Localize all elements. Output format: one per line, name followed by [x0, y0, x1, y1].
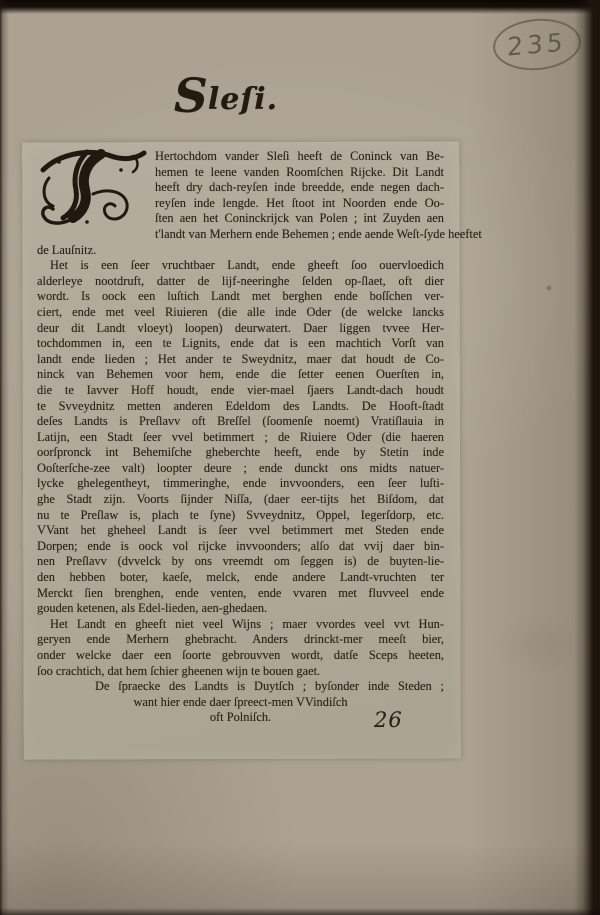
text-line: VVant het gheheel Landt is ſeer vvel bet…: [37, 523, 444, 539]
chapter-title-initial: S: [174, 69, 208, 124]
page-edge-left: [0, 0, 10, 915]
text-line: oorſpronck int Behemiſche gheberchte hee…: [37, 445, 444, 461]
text-line: ciert, ende met veel Riuieren (die alle …: [37, 305, 444, 321]
paragraph-3: Het Landt en gheeft niet veel Wijns ; ma…: [37, 617, 444, 679]
chapter-title-rest: leſi.: [208, 82, 278, 117]
text-line: Latijn, een Stadt ſeer vvel betimmert ; …: [37, 430, 444, 446]
text-line: nu te Preſlaw is, plach te ſyne) Svveydn…: [37, 508, 444, 524]
text-line: wordt. Is oock een luſtich Landt met ber…: [37, 289, 444, 305]
text-line: ghe Stadt zijn. Voorts ſijnder Niſſa, (d…: [37, 492, 444, 508]
dropcap-initial: T: [37, 149, 147, 228]
text-line: ninck van Behemen voor hem, ende die ſet…: [37, 367, 444, 383]
text-line: ſoo crachtich, dat hem ſchier gheenen wi…: [37, 664, 444, 680]
text-line: Het Landt en gheeft niet veel Wijns ; ma…: [37, 617, 444, 633]
pencil-number: 235: [507, 27, 567, 61]
text-line: De ſpraecke des Landts is Duytſch ; byſo…: [37, 679, 444, 695]
text-block: T Hertochdom vander Sleſi heeft de Conin…: [37, 149, 444, 726]
dropcap-ornament-icon: [37, 147, 147, 227]
page-number: 26: [374, 708, 403, 732]
text-line: Dorpen; ende is oock vol rijcke invvoond…: [37, 539, 444, 555]
text-line: de Lauſnitz.: [37, 243, 444, 259]
page-edge-top: [0, 0, 600, 14]
text-line: lycke ghelegentheyt, timmeringhe, ende i…: [37, 476, 444, 492]
text-line: geryen ende Merhern ghebracht. Anders dr…: [37, 632, 444, 648]
text-line: deur dit Landt vloeyt) loopen) deurwater…: [37, 321, 444, 337]
text-line: Merckt ſien brenghen, ende venten, ende …: [37, 586, 444, 602]
page-edge-right: [574, 0, 600, 915]
text-line: tochdommen in, een te Lignits, ende dat …: [37, 336, 444, 352]
text-line: landt ende lieden ; Het ander te Sweydni…: [37, 352, 444, 368]
text-line: Het is een ſeer vruchtbaer Landt, ende g…: [37, 258, 444, 274]
text-line: Ooſterſche-zee valt) loopter deure ; end…: [37, 461, 444, 477]
text-line: gouden ketenen, als Edel-lieden, aen-ghe…: [37, 601, 444, 617]
text-line: te Svveydnitz metten anderen Edeldom des…: [37, 399, 444, 415]
page-edge-bottom: [0, 908, 600, 915]
text-line: den hebben boter, kaeſe, melck, ende and…: [37, 570, 444, 586]
text-line: alderleye nootdruft, datter de lijf-neer…: [37, 274, 444, 290]
text-line: die te Iavver Hoff houdt, ende vier-mael…: [37, 383, 444, 399]
chapter-title: Sleſi.: [148, 82, 304, 117]
book-page-scan: 235 Sleſi. T Hertochdom vander Sleſi hee…: [0, 0, 600, 915]
text-line: nen Preſlavv (dvvelck by ons vreemdt om …: [37, 554, 444, 570]
text-line: t'landt van Merhern ende Behemen ; ende …: [37, 227, 444, 243]
paragraph-2: Het is een ſeer vruchtbaer Landt, ende g…: [37, 258, 444, 617]
pencil-number-oval: 235: [491, 15, 583, 73]
text-line: onder welcke daer een ſoorte gebrouvven …: [37, 648, 444, 664]
text-line: deſes Landts is Preſlavv oft Breſſel (ſo…: [37, 414, 444, 430]
